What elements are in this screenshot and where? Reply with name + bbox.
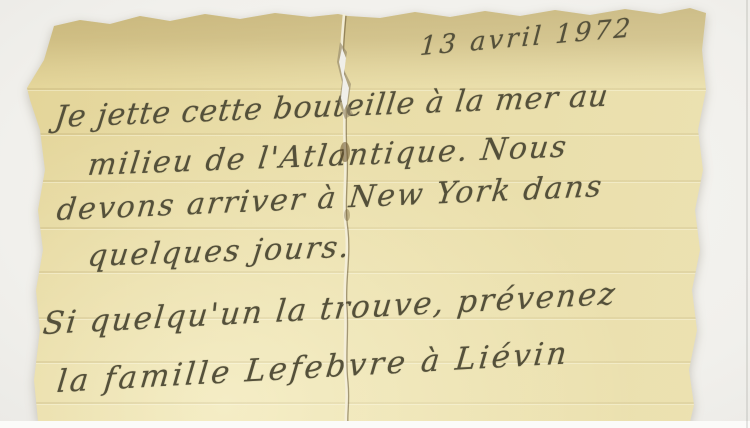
note-paper-wrapper: 13 avril 1972 Je jette cette bouteille à… xyxy=(0,0,750,428)
photo-edge-line xyxy=(746,0,748,428)
photo-bottom-strip xyxy=(0,421,750,428)
paper-tear-crack xyxy=(0,0,750,428)
photo-of-torn-note: 13 avril 1972 Je jette cette bouteille à… xyxy=(0,0,750,428)
